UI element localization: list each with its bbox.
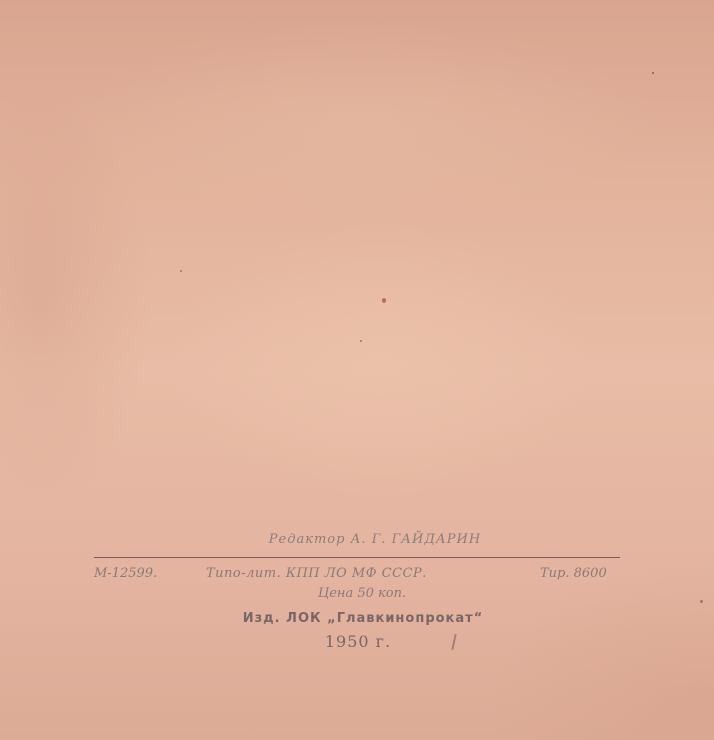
paper-speck xyxy=(700,600,703,603)
publication-year: 1950 г. xyxy=(94,632,620,651)
price: Цена 50 коп. xyxy=(94,586,620,601)
order-number: М-12599. xyxy=(94,566,157,581)
paper-speck xyxy=(180,270,182,272)
editor-credit: Редактор А. Г. ГАЙДАРИН xyxy=(94,530,620,550)
imprint-block: Редактор А. Г. ГАЙДАРИН М-12599. Типо-ли… xyxy=(94,530,620,651)
divider-rule xyxy=(94,557,620,558)
print-run: Тир. 8600 xyxy=(540,566,607,581)
paper-speck xyxy=(652,72,654,74)
print-details-row: М-12599. Типо-лит. КПП ЛО МФ СССР. Тир. … xyxy=(94,566,620,588)
paper-speck xyxy=(360,340,362,342)
paper-speck xyxy=(382,298,386,303)
publisher: Изд. ЛОК „Главкинопрокат“ xyxy=(94,611,620,626)
paper-page: Редактор А. Г. ГАЙДАРИН М-12599. Типо-ли… xyxy=(0,0,714,740)
printer-name: Типо-лит. КПП ЛО МФ СССР. xyxy=(206,566,427,581)
